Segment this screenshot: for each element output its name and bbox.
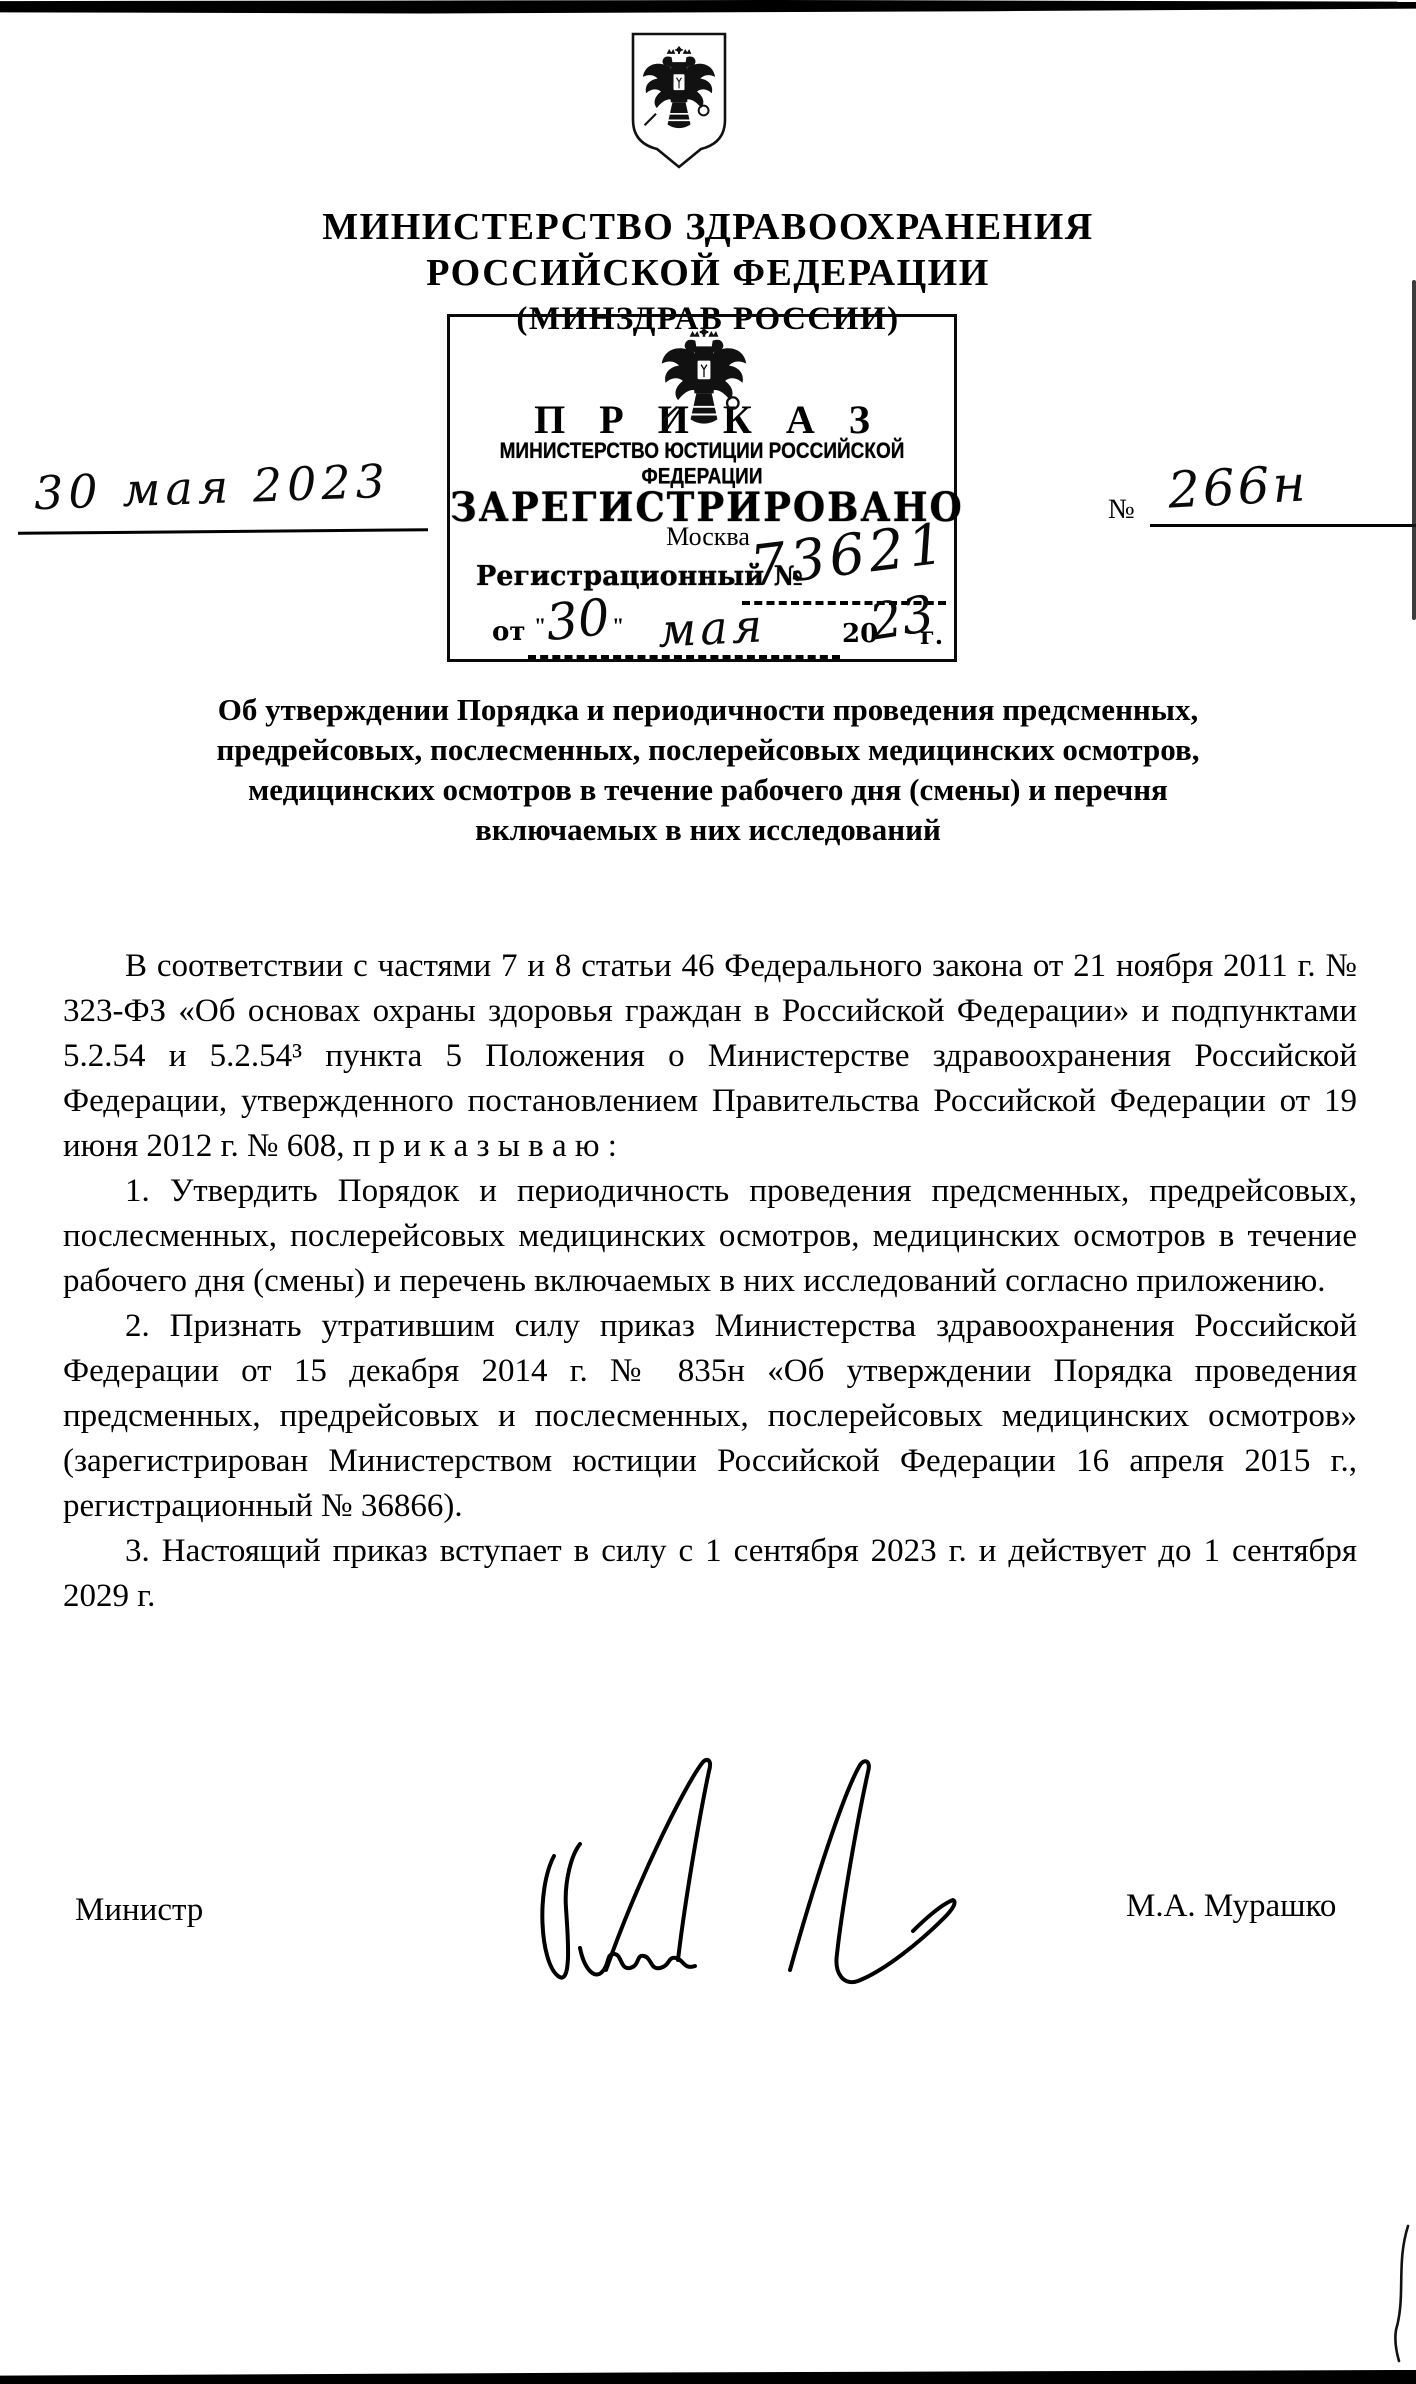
signer-position-label: Министр: [75, 1892, 203, 1929]
handwritten-stamp-month: мая: [657, 598, 768, 658]
number-label: №: [1108, 494, 1135, 526]
coat-of-arms-icon: [626, 30, 732, 172]
body-paragraph-2: 2. Признать утратившим силу приказ Минис…: [63, 1304, 1357, 1529]
scan-artifact-bottom-bar: [0, 2370, 1416, 2384]
order-title-line: Об утверждении Порядка и периодичности п…: [70, 690, 1346, 730]
body-paragraph-1: 1. Утвердить Порядок и периодичность про…: [63, 1169, 1357, 1304]
scan-artifact-right-edge: [1412, 280, 1416, 620]
stamp-eagle-icon: [656, 325, 752, 433]
justice-ministry-registration-stamp: МИНИСТЕРСТВО ЮСТИЦИИ РОССИЙСКОЙ ФЕДЕРАЦИ…: [447, 314, 957, 662]
body-paragraph-3: 3. Настоящий приказ вступает в силу с 1 …: [63, 1529, 1357, 1619]
stamp-date-suffix: г.: [920, 621, 943, 650]
ministry-name-line2: РОССИЙСКОЙ ФЕДЕРАЦИИ: [0, 250, 1416, 296]
order-body: В соответствии с частями 7 и 8 статьи 46…: [63, 944, 1357, 1619]
handwritten-order-number: 266н: [1167, 454, 1310, 519]
stamp-date-prefix: от: [492, 617, 525, 647]
scan-artifact-stray-mark: [1388, 2224, 1414, 2364]
body-paragraph-preamble: В соответствии с частями 7 и 8 статьи 46…: [63, 944, 1357, 1169]
handwritten-stamp-day: 30: [543, 588, 612, 652]
order-title-line: включаемых в них исследований: [70, 810, 1346, 850]
handwritten-date: 30 мая 2023: [33, 454, 391, 520]
order-title-line: медицинских осмотров в течение рабочего …: [70, 770, 1346, 810]
scan-artifact-top-bar: [0, 0, 1416, 14]
stamp-date-line: [528, 655, 840, 659]
scanned-order-page: МИНИСТЕРСТВО ЗДРАВООХРАНЕНИЯ РОССИЙСКОЙ …: [0, 0, 1416, 2384]
stamp-quote-close: ": [612, 613, 624, 639]
signature-mark: [492, 1756, 1037, 2018]
number-underline: [1150, 524, 1416, 527]
order-title-line: предрейсовых, послесменных, послерейсовы…: [70, 730, 1346, 770]
signer-name: М.А. Мурашко: [1126, 1888, 1336, 1925]
ministry-name-line1: МИНИСТЕРСТВО ЗДРАВООХРАНЕНИЯ: [0, 204, 1416, 250]
stamp-quote-open: ": [534, 613, 546, 639]
order-title: Об утверждении Порядка и периодичности п…: [70, 690, 1346, 850]
